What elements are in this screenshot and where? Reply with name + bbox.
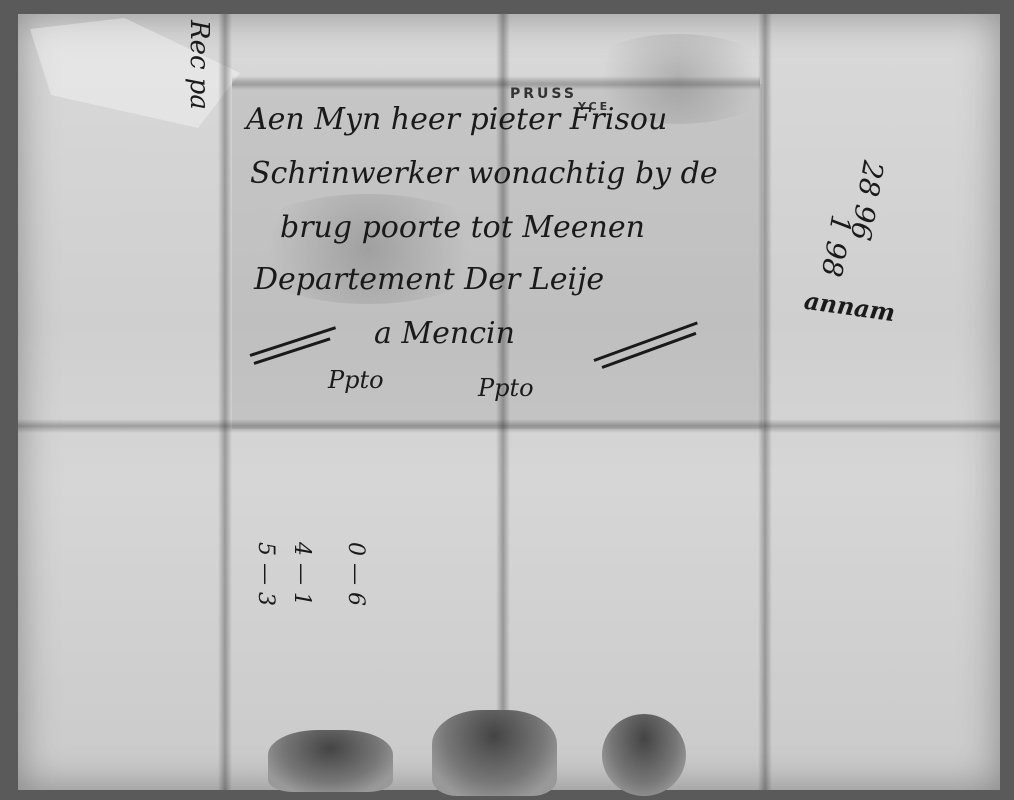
right-note-2: 1 98 <box>815 212 858 279</box>
address-note-left: Ppto <box>328 366 384 394</box>
address-line-4: Departement Der Leije <box>254 262 604 297</box>
lower-note-3: 0 — 6 <box>343 542 368 606</box>
letter-sheet: Rec pa PRUSS YCE Aen Myn heer pieter Fri… <box>18 14 1000 790</box>
struck-note: annam <box>802 286 897 327</box>
address-line-5: a Mencin <box>374 316 515 351</box>
address-note-right: Ppto <box>478 374 534 402</box>
address-line-3: brug poorte tot Meenen <box>280 210 645 245</box>
lower-note-2: 4 — 1 <box>289 542 314 606</box>
fold-line <box>758 14 772 790</box>
address-line-1: Aen Myn heer pieter Frisou <box>246 102 667 137</box>
fold-line <box>218 14 232 790</box>
wax-seal <box>432 710 557 796</box>
wax-seal <box>268 730 393 792</box>
lower-note-1: 5 — 3 <box>253 542 278 606</box>
corner-note: Rec pa <box>184 20 214 110</box>
address-line-2: Schrinwerker wonachtig by de <box>250 156 718 191</box>
wax-seal <box>602 714 686 796</box>
fold-line <box>18 419 1000 433</box>
postmark-line1: PRUSS <box>510 86 577 102</box>
